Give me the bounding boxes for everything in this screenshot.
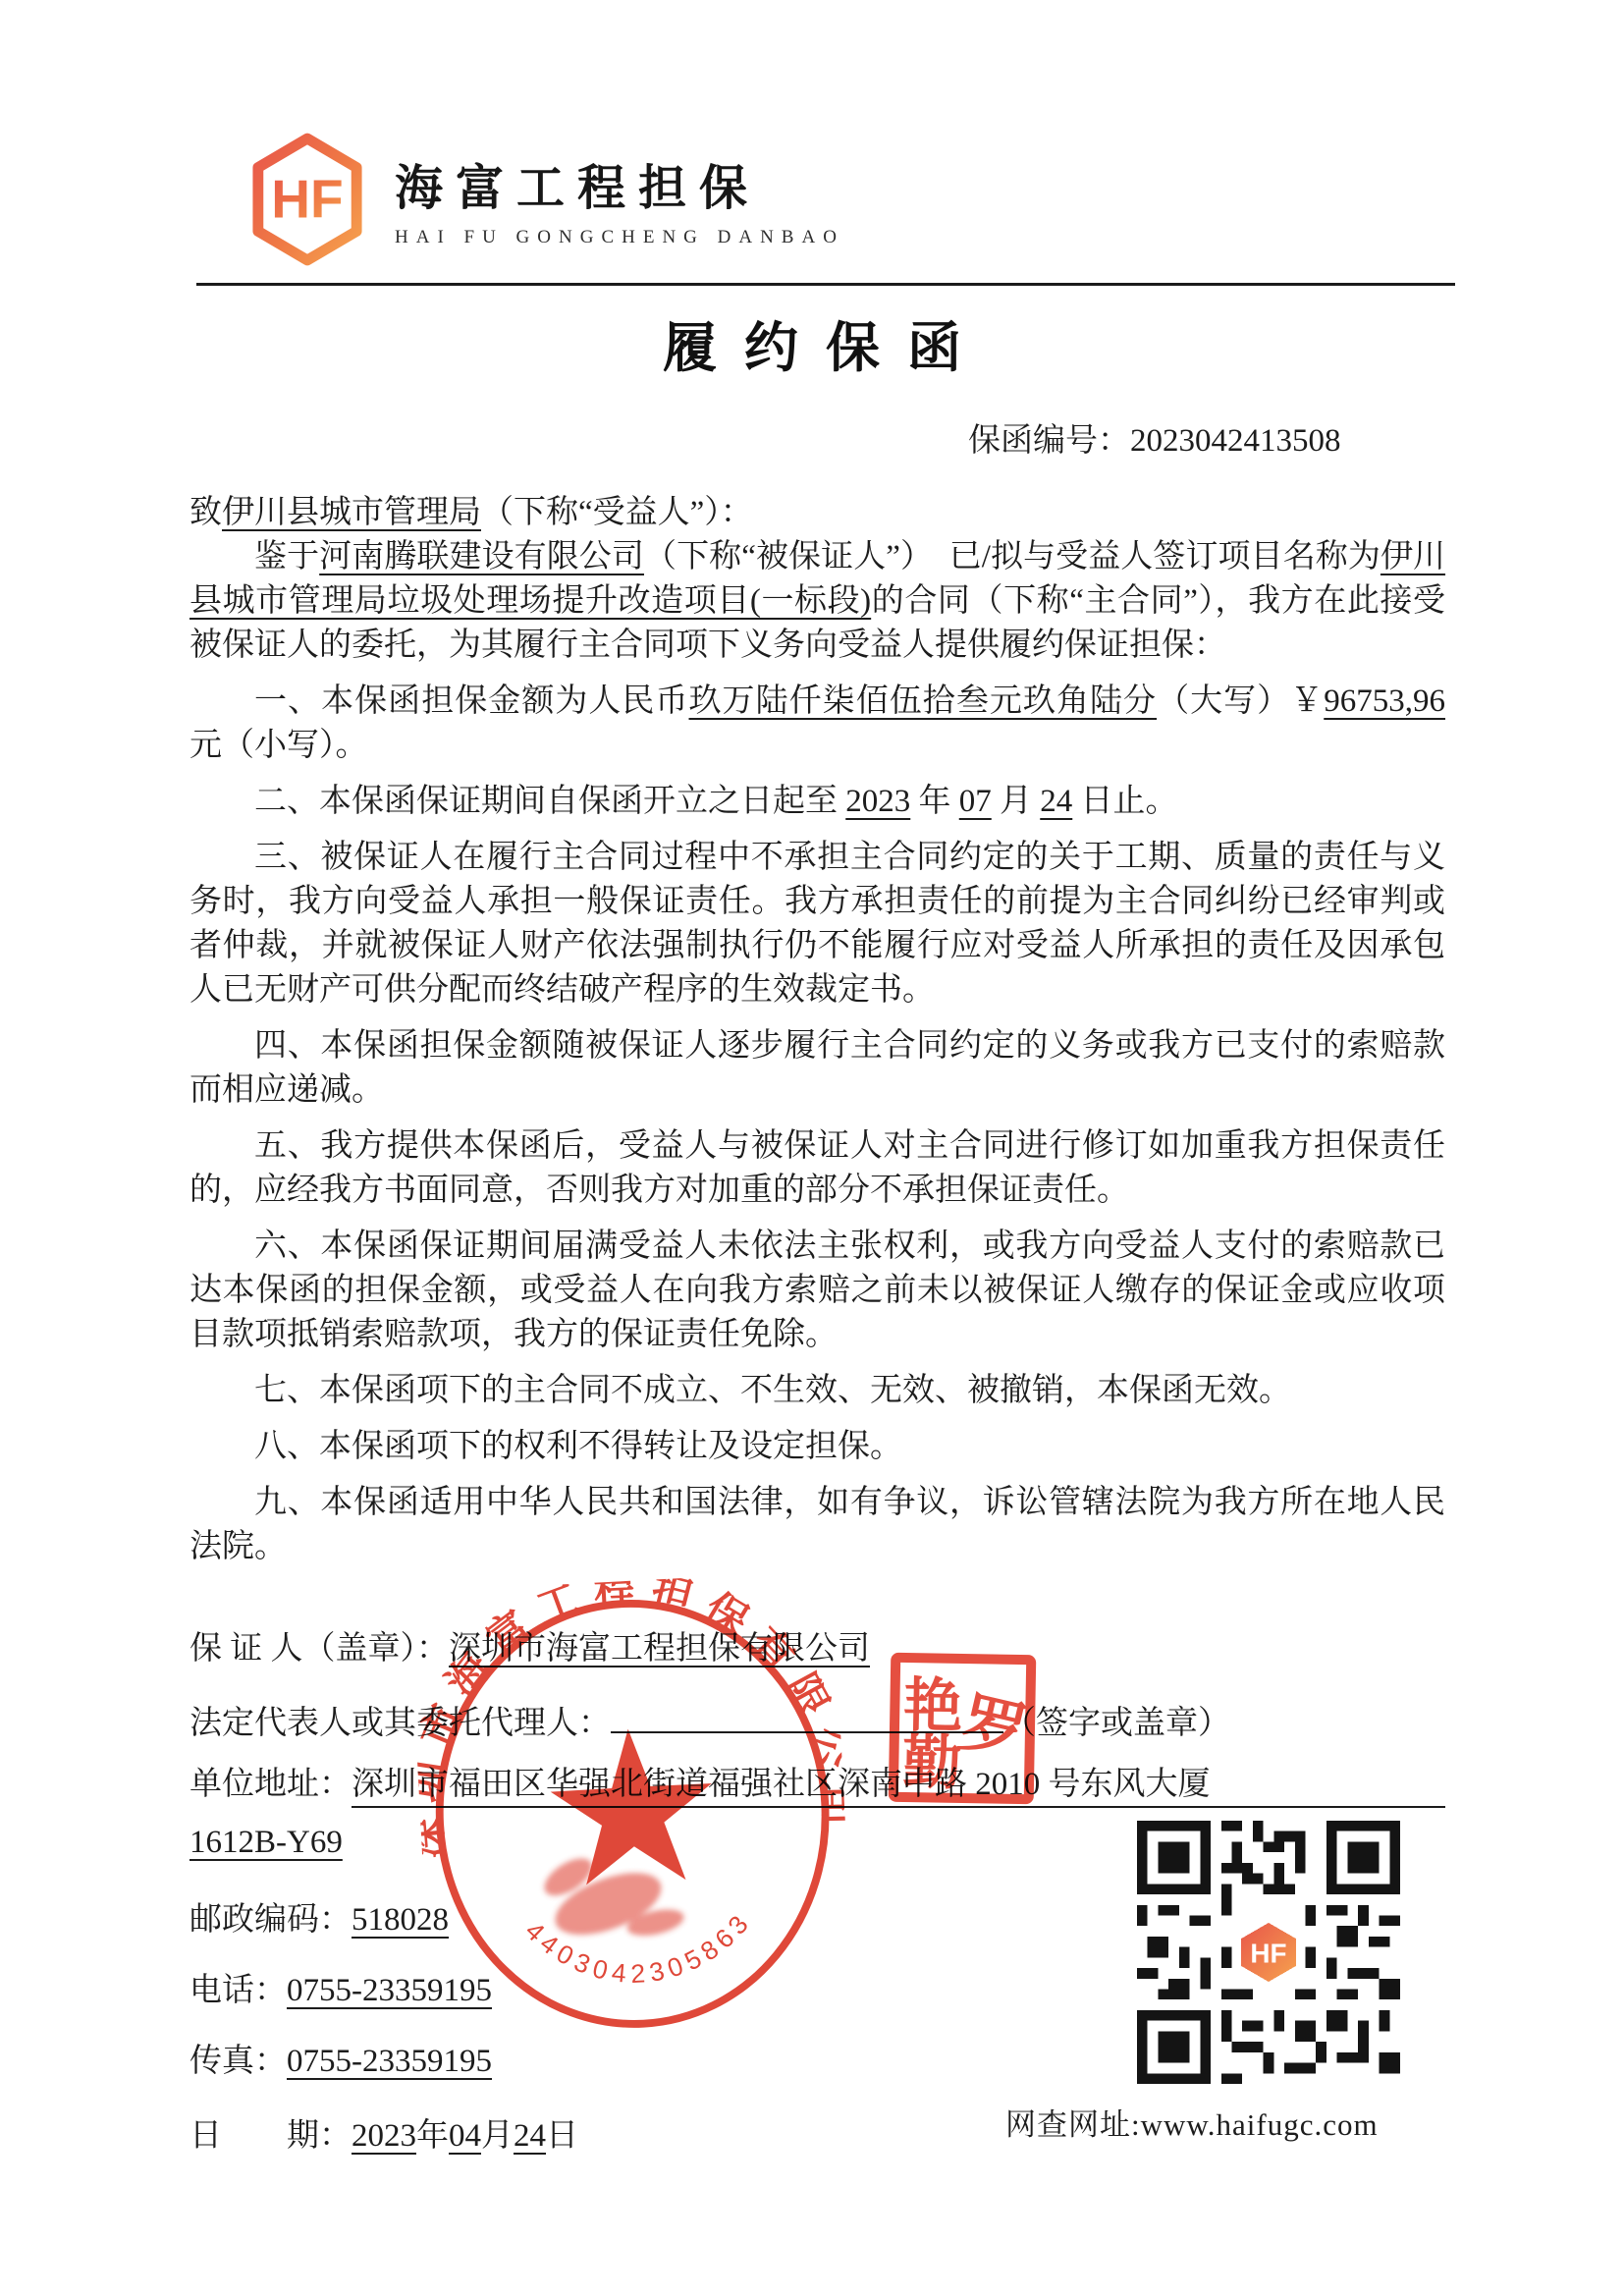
date-label: 日 期： xyxy=(189,2109,352,2156)
clause-6: 六、本保函保证期间届满受益人未依法主张权利，或我方向受益人支付的索赔款已达本保函… xyxy=(189,1225,1445,1357)
addressee-prefix: 致 xyxy=(189,495,222,530)
clause-2-prefix: 二、本保函保证期间自保函开立之日起至 xyxy=(254,784,845,819)
letter-body: 致伊川县城市管理局（下称“受益人”）： 鉴于河南腾联建设有限公司（下称“被保证人… xyxy=(189,491,1445,1569)
clause-8: 八、本保函项下的权利不得转让及设定担保。 xyxy=(189,1425,1445,1469)
date-month: 04 xyxy=(449,2118,481,2155)
month-unit: 月 xyxy=(992,784,1041,819)
expiry-month: 07 xyxy=(959,784,992,819)
page-title: 履约保函 xyxy=(0,304,1624,382)
day-unit: 日止。 xyxy=(1072,784,1177,819)
verification-url: 网查网址:www.haifugc.com xyxy=(1005,2100,1379,2144)
brand-block: 海富工程担保 HAI FU GONGCHENG DANBAO xyxy=(395,150,844,248)
telephone-label: 电话： xyxy=(189,1964,287,2010)
fax-label: 传真： xyxy=(189,2035,287,2081)
seal-char-bottom-left: 勤 xyxy=(902,1716,962,1801)
header-divider xyxy=(196,283,1455,286)
postal-code-label: 邮政编码： xyxy=(189,1893,352,1940)
amount-words: 玖万陆仟柒佰伍拾叁元玖角陆分 xyxy=(689,683,1158,719)
whereas-prefix: 鉴于 xyxy=(254,539,319,574)
clause-4: 四、本保函担保金额随被保证人逐步履行主合同约定的义务或我方已支付的索赔款而相应递… xyxy=(189,1024,1445,1113)
expiry-year: 2023 xyxy=(845,784,910,819)
seal-char-right: 罗 xyxy=(952,1669,1037,1775)
brand-name-en: HAI FU GONGCHENG DANBAO xyxy=(395,227,844,248)
beneficiary-name: 伊川县城市管理局 xyxy=(222,495,481,530)
clause-7: 七、本保函项下的主合同不成立、不生效、无效、被撤销，本保函无效。 xyxy=(189,1369,1445,1413)
personal-square-seal: 艳 罗 勤 xyxy=(889,1653,1037,1805)
addressee-suffix: （下称“受益人”）： xyxy=(481,495,753,530)
clause-1: 一、本保函担保金额为人民币玖万陆仟柒佰伍拾叁元玖角陆分（大写）￥96753,96… xyxy=(189,680,1445,768)
brand-name-cn: 海富工程担保 xyxy=(395,150,844,219)
clause-1-suffix: 元（小写）。 xyxy=(189,728,368,763)
whereas-mid: （下称“被保证人”） 已/拟与受益人签订项目名称为 xyxy=(644,539,1380,574)
clause-5: 五、我方提供本保函后，受益人与被保证人对主合同进行修订如加重我方担保责任的，应经… xyxy=(189,1124,1445,1213)
sign-or-seal-hint: （签字或盖章） xyxy=(1003,1697,1230,1743)
address-value-2: 1612B-Y69 xyxy=(189,1825,343,1861)
clause-1-prefix: 一、本保函担保金额为人民币 xyxy=(254,683,689,719)
year-unit: 年 xyxy=(910,784,959,819)
expiry-day: 24 xyxy=(1040,784,1072,819)
date-month-unit: 月 xyxy=(481,2109,514,2156)
guarantee-number-value: 2023042413508 xyxy=(1130,423,1341,459)
company-round-seal: 深圳市海富工程担保有限公司 4403042305863 xyxy=(408,1570,856,2051)
haifu-hexagon-logo-icon: HF xyxy=(249,132,365,267)
date-year: 2023 xyxy=(352,2118,416,2155)
guarantee-number-line: 保函编号：2023042413508 xyxy=(968,414,1341,461)
clause-2: 二、本保函保证期间自保函开立之日起至 2023 年 07 月 24 日止。 xyxy=(189,780,1445,824)
date-day: 24 xyxy=(514,2118,546,2155)
guarantee-letter-page: HF 海富工程担保 HAI FU GONGCHENG DANBAO 履约保函 保… xyxy=(0,0,1624,2296)
amount-figures: 96753,96 xyxy=(1324,683,1445,719)
addressee-line: 致伊川县城市管理局（下称“受益人”）： xyxy=(189,491,1445,535)
clause-1-mid: （大写）￥ xyxy=(1157,683,1324,719)
whereas-paragraph: 鉴于河南腾联建设有限公司（下称“被保证人”） 已/拟与受益人签订项目名称为伊川县… xyxy=(189,535,1445,668)
date-year-unit: 年 xyxy=(416,2109,449,2156)
clause-3: 三、被保证人在履行主合同过程中不承担主合同约定的关于工期、质量的责任与义务时，我… xyxy=(189,836,1445,1012)
date-day-unit: 日 xyxy=(546,2109,578,2156)
guarantee-number-label: 保函编号： xyxy=(968,423,1130,459)
principal-name: 河南腾联建设有限公司 xyxy=(319,539,644,574)
clause-9: 九、本保函适用中华人民共和国法律，如有争议，诉讼管辖法院为我方所在地人民法院。 xyxy=(189,1481,1445,1569)
verification-qr-code: HF xyxy=(1137,1821,1400,2084)
company-header: HF 海富工程担保 HAI FU GONGCHENG DANBAO xyxy=(249,132,844,267)
qr-logo-monogram: HF xyxy=(1250,1939,1286,1969)
logo-monogram: HF xyxy=(271,169,343,230)
address-label: 单位地址： xyxy=(189,1758,352,1804)
